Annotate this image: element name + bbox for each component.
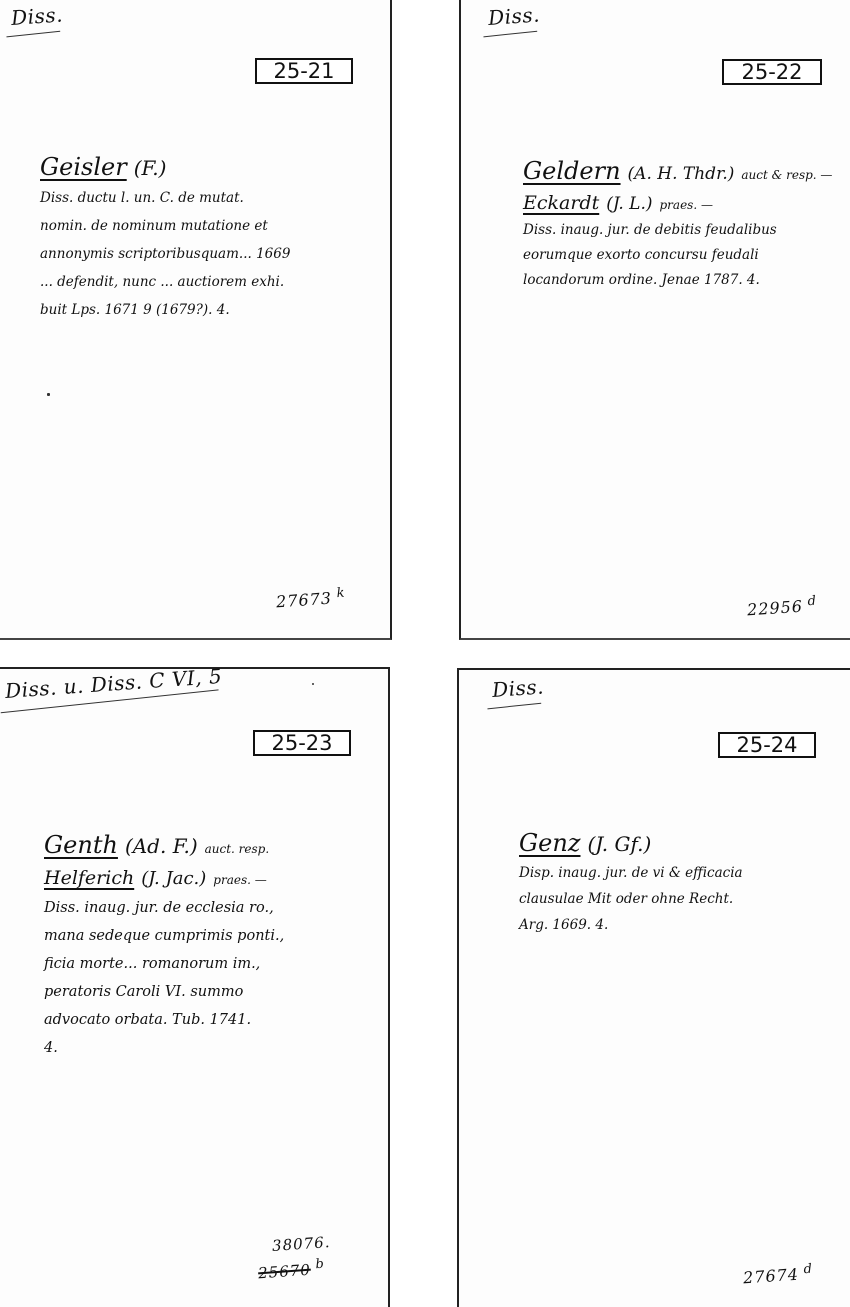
entry-line: buit Lps. 1671 9 (1679?). 4. — [40, 296, 290, 324]
entry-line: mana sedeque cumprimis ponti., — [44, 922, 284, 950]
call-number-box: 25-23 — [253, 730, 351, 756]
entry-line: ... defendit, nunc ... auctiorem exhi. — [40, 268, 290, 296]
secondary-author-initials: (J. L.) — [606, 194, 652, 214]
author-name: Geldern — [523, 157, 621, 185]
secondary-author-name: Helferich — [44, 867, 134, 889]
accession-number: 27674d — [742, 1262, 814, 1288]
call-number-box: 25-22 — [722, 59, 822, 85]
author-initials: (J. Gf.) — [587, 832, 651, 856]
author-initials: (F.) — [134, 156, 167, 180]
paper-speck — [47, 393, 50, 396]
accession-value: 27673 — [275, 589, 332, 612]
accession-suffix: d — [803, 1262, 813, 1278]
secondary-author-initials: (J. Jac.) — [141, 868, 206, 889]
accession-suffix: d — [807, 594, 817, 610]
accession-number: 38076. — [271, 1233, 331, 1255]
entry-line: ficia morte... romanorum im., — [44, 950, 284, 978]
entry-line: Arg. 1669. 4. — [519, 912, 743, 938]
entry-line: locandorum ordine. Jenae 1787. 4. — [523, 268, 832, 293]
accession-number-old: 25670b — [257, 1257, 325, 1283]
catalog-entry: Geldern (A. H. Thdr.) auct & resp. — Eck… — [523, 156, 832, 293]
author-name: Geisler — [40, 153, 127, 181]
author-initials: (A. H. Thdr.) — [628, 164, 735, 184]
call-number-box: 25-24 — [718, 732, 816, 758]
shelfmark: Diss. — [10, 2, 63, 30]
shelfmark: Diss. — [487, 2, 540, 30]
catalog-entry: Genth (Ad. F.) auct. resp. Helferich (J.… — [44, 830, 284, 1062]
entry-line: annonymis scriptoribusquam... 1669 — [40, 240, 290, 268]
author-role: auct & resp. — — [741, 168, 832, 182]
paper-speck — [312, 683, 314, 685]
shelfmark: Diss. u. Diss. C VI, 5 — [4, 664, 223, 703]
catalog-entry: Genz (J. Gf.) Disp. inaug. jur. de vi & … — [519, 828, 743, 938]
accession-suffix: b — [315, 1257, 325, 1273]
catalog-card-25-24: Diss. 25-24 Genz (J. Gf.) Disp. inaug. j… — [457, 668, 850, 1307]
entry-line: Diss. ductu l. un. C. de mutat. — [40, 184, 290, 212]
call-number-box: 25-21 — [255, 58, 353, 84]
entry-line: Diss. inaug. jur. de ecclesia ro., — [44, 894, 284, 922]
entry-line: advocato orbata. Tub. 1741. — [44, 1006, 284, 1034]
secondary-author-role: praes. — — [213, 873, 266, 887]
entry-line: Disp. inaug. jur. de vi & efficacia — [519, 860, 743, 886]
entry-line: 4. — [44, 1034, 284, 1062]
accession-number: 22956d — [746, 594, 818, 620]
accession-number: 27673k — [275, 586, 346, 612]
secondary-author-name: Eckardt — [523, 192, 599, 214]
entry-line: Diss. inaug. jur. de debitis feudalibus — [523, 218, 832, 243]
entry-line: clausulae Mit oder ohne Recht. — [519, 886, 743, 912]
author-initials: (Ad. F.) — [125, 834, 198, 858]
author-name: Genth — [44, 831, 118, 859]
secondary-author-role: praes. — — [660, 198, 713, 212]
catalog-card-25-22: Diss. 25-22 Geldern (A. H. Thdr.) auct &… — [459, 0, 850, 640]
entry-line: peratoris Caroli VI. summo — [44, 978, 284, 1006]
entry-line: eorumque exorto concursu feudali — [523, 243, 832, 268]
author-role: auct. resp. — [205, 842, 270, 856]
entry-line: nomin. de nominum mutatione et — [40, 212, 290, 240]
catalog-card-25-23: Diss. u. Diss. C VI, 5 25-23 Genth (Ad. … — [0, 667, 390, 1307]
author-name: Genz — [519, 829, 580, 857]
accession-value: 27674 — [742, 1265, 799, 1288]
shelfmark: Diss. — [491, 674, 544, 702]
struck-accession-value: 25670 — [258, 1261, 312, 1283]
accession-value: 22956 — [746, 597, 803, 620]
catalog-card-25-21: Diss. 25-21 Geisler (F.) Diss. ductu l. … — [0, 0, 392, 640]
catalog-entry: Geisler (F.) Diss. ductu l. un. C. de mu… — [40, 152, 290, 324]
accession-suffix: k — [336, 586, 346, 602]
accession-value: 38076. — [271, 1233, 331, 1255]
